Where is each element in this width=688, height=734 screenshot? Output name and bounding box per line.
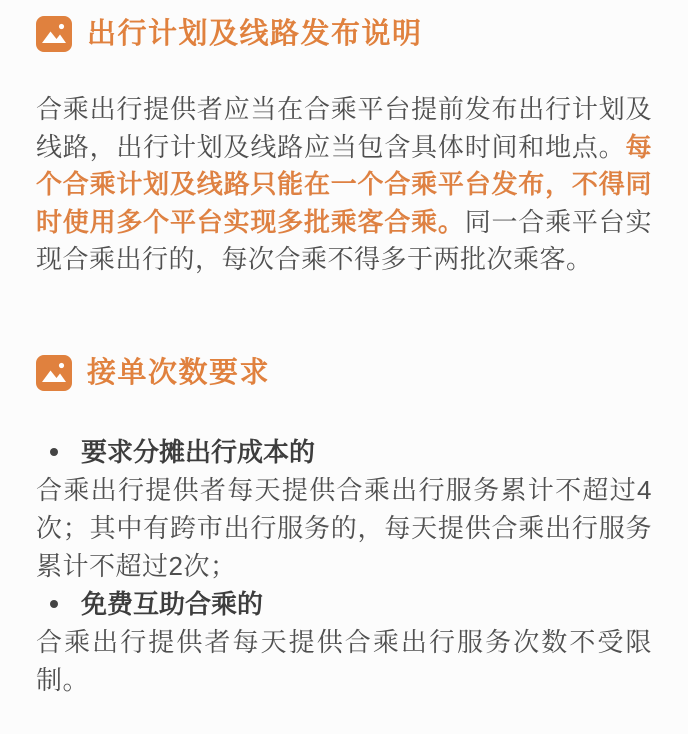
list-item-title: 免费互助合乘的 [81,585,263,623]
image-placeholder-icon [36,355,72,391]
list-item-body: 合乘出行提供者每天提供合乘出行服务累计不超过4次；其中有跨市出行服务的，每天提供… [36,471,652,585]
article-page: 出行计划及线路发布说明 合乘出行提供者应当在合乘平台提前发布出行计划及线路，出行… [0,0,688,734]
list-item-title-row: 要求分摊出行成本的 [36,433,652,471]
image-placeholder-icon [36,16,72,52]
bullet-dot-icon [50,600,58,608]
list-item-body: 合乘出行提供者每天提供合乘出行服务次数不受限制。 [36,623,652,699]
list-item-title-row: 免费互助合乘的 [36,585,652,623]
order-count-list: 要求分摊出行成本的合乘出行提供者每天提供合乘出行服务累计不超过4次；其中有跨市出… [36,433,652,699]
section-order-count: 接单次数要求 要求分摊出行成本的合乘出行提供者每天提供合乘出行服务累计不超过4次… [36,353,652,699]
list-item: 免费互助合乘的合乘出行提供者每天提供合乘出行服务次数不受限制。 [36,585,652,699]
section-heading-row: 接单次数要求 [36,353,652,393]
paragraph-run: 合乘出行提供者应当在合乘平台提前发布出行计划及线路，出行计划及线路应当包含具体时… [36,94,652,162]
section-heading-row: 出行计划及线路发布说明 [36,14,652,54]
list-item: 要求分摊出行成本的合乘出行提供者每天提供合乘出行服务累计不超过4次；其中有跨市出… [36,433,652,585]
section-title: 接单次数要求 [87,353,270,393]
list-item-title: 要求分摊出行成本的 [81,433,315,471]
travel-plan-paragraph: 合乘出行提供者应当在合乘平台提前发布出行计划及线路，出行计划及线路应当包含具体时… [36,91,652,279]
bullet-dot-icon [50,448,58,456]
section-travel-plan: 出行计划及线路发布说明 合乘出行提供者应当在合乘平台提前发布出行计划及线路，出行… [36,14,652,279]
section-title: 出行计划及线路发布说明 [87,14,423,54]
